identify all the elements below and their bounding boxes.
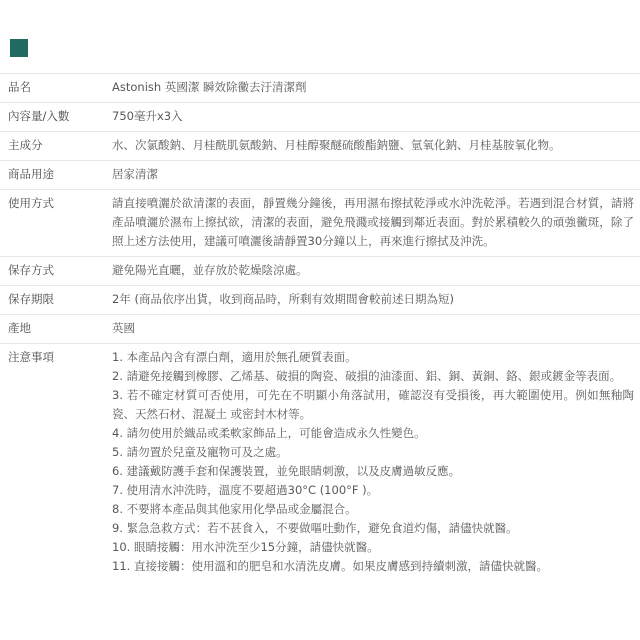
note-line: 3. 若不確定材質可否使用，可先在不明顯小角落試用，確認沒有受損後，再大範圍使用…: [112, 386, 634, 424]
product-spec-table: 品名 Astonish 英國潔 瞬效除黴去汙清潔劑 內容量/入數 750毫升x3…: [0, 73, 640, 581]
row-value: Astonish 英國潔 瞬效除黴去汙清潔劑: [112, 78, 640, 97]
row-value: 居家清潔: [112, 165, 640, 184]
row-label: 使用方式: [0, 194, 112, 213]
spec-row-shelf-life: 保存期限 2年 (商品依序出貨，收到商品時，所剩有效期間會較前述日期為短): [0, 285, 640, 314]
spec-row-storage-method: 保存方式 避免陽光直曬，並存放於乾燥陰涼處。: [0, 256, 640, 285]
row-label: 內容量/入數: [0, 107, 112, 126]
note-line: 10. 眼睛接觸：用水沖洗至少15分鐘，請儘快就醫。: [112, 538, 634, 557]
spec-row-content-volume: 內容量/入數 750毫升x3入: [0, 102, 640, 131]
note-line: 11. 直接接觸：使用溫和的肥皂和水清洗皮膚。如果皮膚感到持續刺激，請儘快就醫。: [112, 557, 634, 576]
row-value: 2年 (商品依序出貨，收到商品時，所剩有效期間會較前述日期為短): [112, 290, 640, 309]
spec-row-usage-purpose: 商品用途 居家清潔: [0, 160, 640, 189]
note-line: 4. 請勿使用於織品或柔軟家飾品上，可能會造成永久性變色。: [112, 424, 634, 443]
note-line: 2. 請避免接觸到橡膠、乙烯基、破損的陶瓷、破損的油漆面、鋁、銅、黃銅、鉻、銀或…: [112, 367, 634, 386]
note-line: 5. 請勿置於兒童及寵物可及之處。: [112, 443, 634, 462]
spec-row-usage-method: 使用方式 請直接噴灑於欲清潔的表面，靜置幾分鐘後，再用濕布擦拭乾淨或水沖洗乾淨。…: [0, 189, 640, 256]
note-line: 1. 本產品內含有漂白劑，適用於無孔硬質表面。: [112, 348, 634, 367]
row-label: 保存方式: [0, 261, 112, 280]
spec-row-product-name: 品名 Astonish 英國潔 瞬效除黴去汙清潔劑: [0, 73, 640, 102]
note-line: 6. 建議戴防護手套和保護裝置，並免眼睛刺激，以及皮膚過敏反應。: [112, 462, 634, 481]
row-label: 產地: [0, 319, 112, 338]
row-label: 品名: [0, 78, 112, 97]
row-label: 主成分: [0, 136, 112, 155]
row-value: 水、次氯酸鈉、月桂酰肌氨酸鈉、月桂醇聚醚硫酸酯鈉鹽、氫氧化鈉、月桂基胺氧化物。: [112, 136, 640, 155]
note-line: 9. 緊急急救方式：若不甚食入，不要做嘔吐動作，避免食道灼傷，請儘快就醫。: [112, 519, 634, 538]
spec-row-ingredients: 主成分 水、次氯酸鈉、月桂酰肌氨酸鈉、月桂醇聚醚硫酸酯鈉鹽、氫氧化鈉、月桂基胺氧…: [0, 131, 640, 160]
teal-marker: [10, 39, 28, 57]
row-value: 避免陽光直曬，並存放於乾燥陰涼處。: [112, 261, 640, 280]
spec-row-origin: 產地 英國: [0, 314, 640, 343]
row-value: 1. 本產品內含有漂白劑，適用於無孔硬質表面。 2. 請避免接觸到橡膠、乙烯基、…: [112, 348, 640, 576]
product-spec-page: { "marker": { "color": "#1f6b60" }, "tab…: [0, 0, 640, 640]
row-value: 請直接噴灑於欲清潔的表面，靜置幾分鐘後，再用濕布擦拭乾淨或水沖洗乾淨。若遇到混合…: [112, 194, 640, 251]
note-line: 7. 使用清水沖洗時，溫度不要超過30°C (100°F )。: [112, 481, 634, 500]
note-line: 8. 不要將本產品與其他家用化學品或金屬混合。: [112, 500, 634, 519]
row-label: 注意事項: [0, 348, 112, 367]
row-value: 750毫升x3入: [112, 107, 640, 126]
spec-row-precautions: 注意事項 1. 本產品內含有漂白劑，適用於無孔硬質表面。 2. 請避免接觸到橡膠…: [0, 343, 640, 581]
row-label: 保存期限: [0, 290, 112, 309]
row-value: 英國: [112, 319, 640, 338]
row-label: 商品用途: [0, 165, 112, 184]
